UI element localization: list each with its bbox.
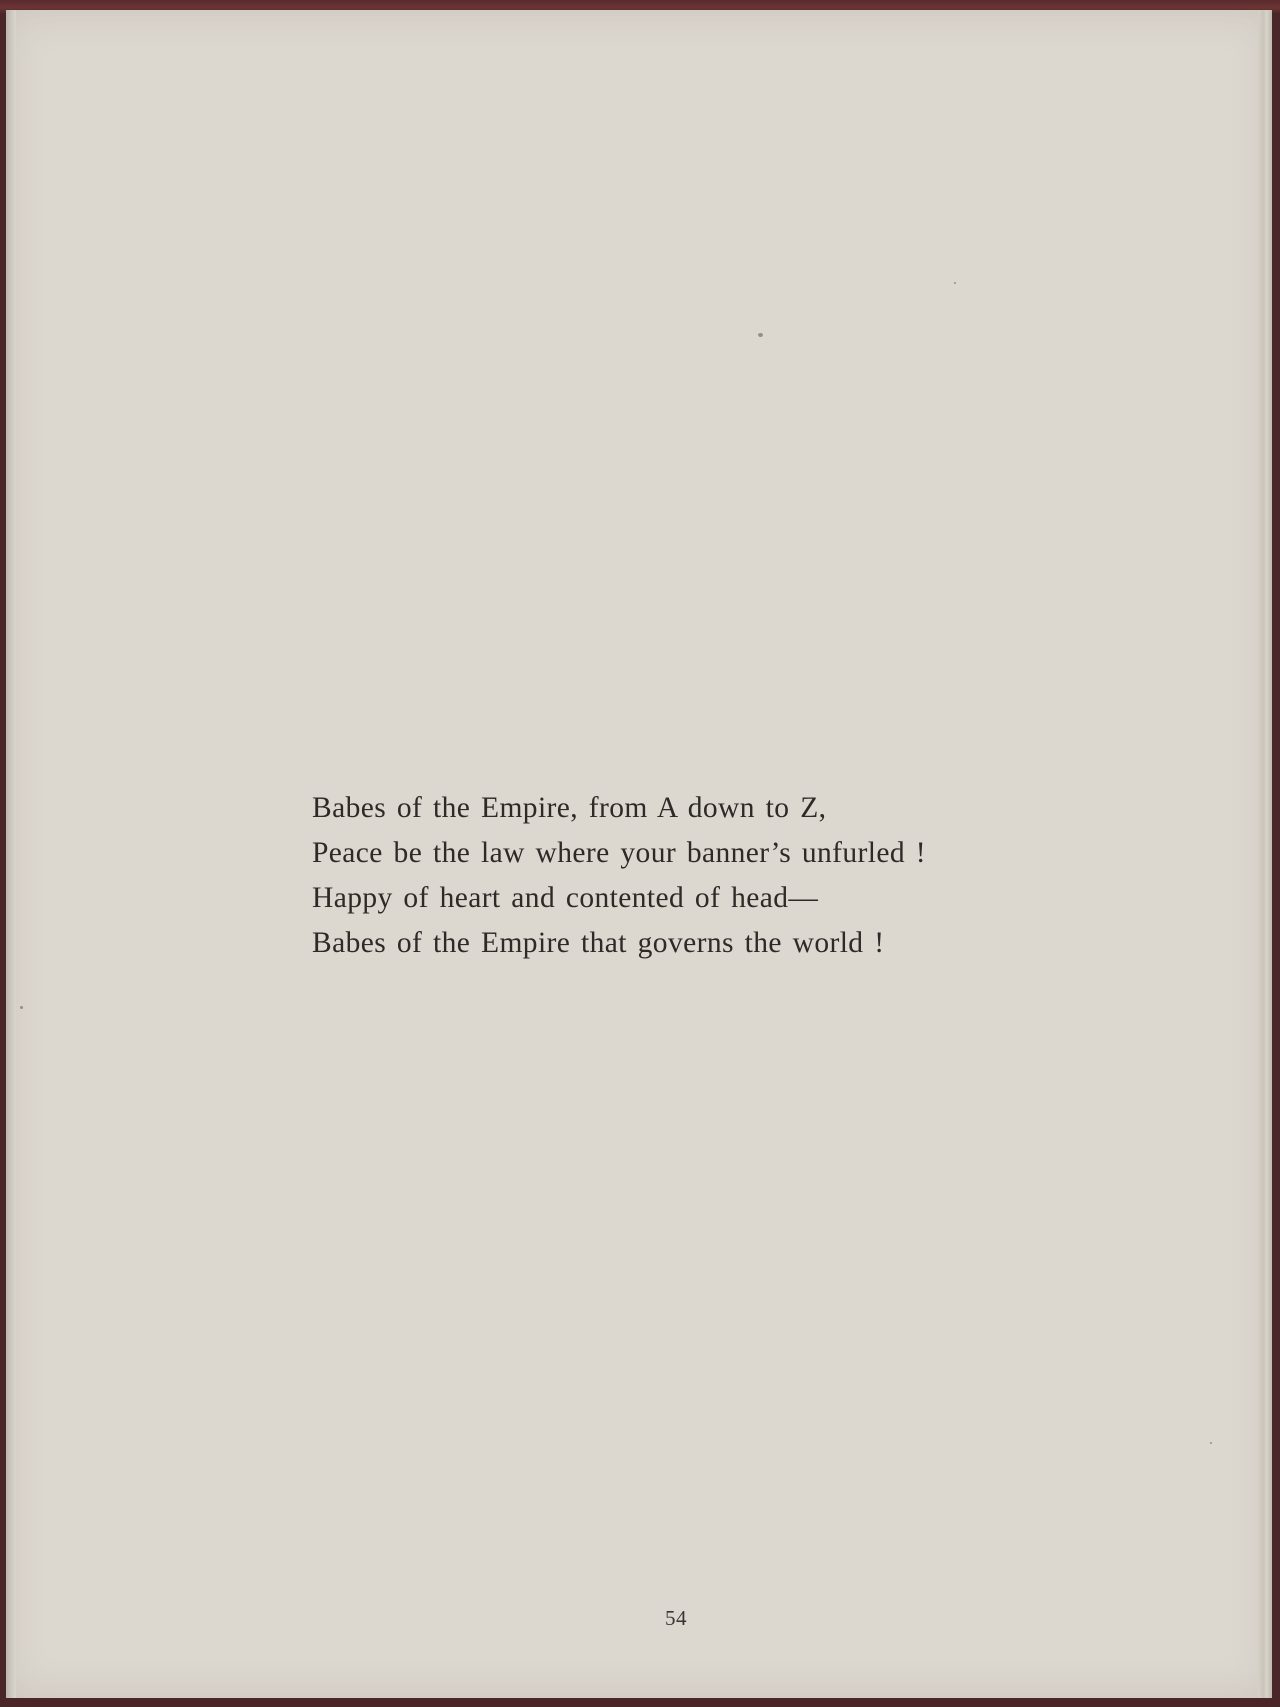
verse-line-2: Peace be the law where your banner’s unf… [312,831,926,876]
verse-line-1: Babes of the Empire, from A down to Z, [312,786,926,831]
paper-speck [20,1006,23,1009]
verse-line-4: Babes of the Empire that governs the wor… [312,921,926,966]
page-number: 54 [665,1606,687,1631]
paper-speck [1210,1442,1212,1444]
verse-stanza: Babes of the Empire, from A down to Z, P… [312,786,926,966]
paper-speck [758,333,763,337]
paper-speck [954,282,956,284]
verse-line-3: Happy of heart and contented of head— [312,876,926,921]
